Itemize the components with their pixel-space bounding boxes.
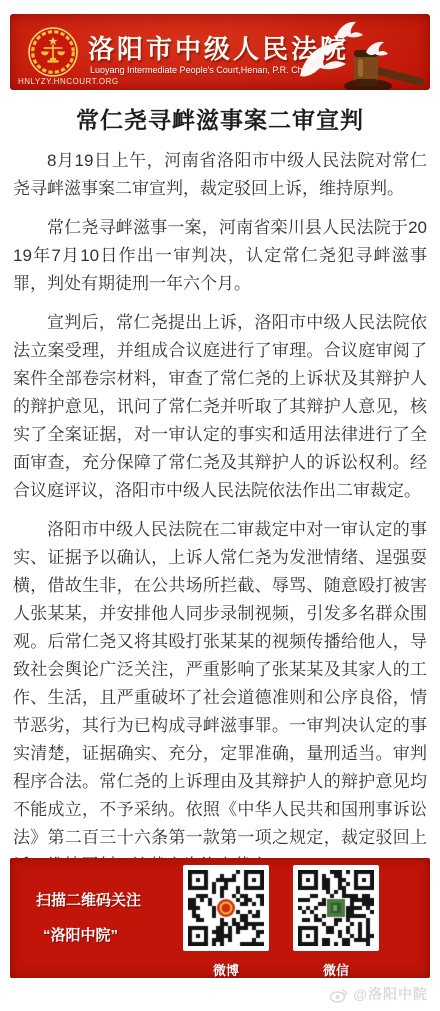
weibo-qr-block: 微博 <box>183 865 269 979</box>
scan-prompt-line2: “洛阳中院” <box>36 924 141 945</box>
paragraph-2: 常仁尧寻衅滋事一案，河南省栾川县人民法院于2019年7月10日作出一审判决，认定… <box>13 214 427 298</box>
wechat-qr-canvas <box>298 870 374 946</box>
watermark-text: @洛阳中院 <box>353 984 428 1004</box>
court-website-url: HNLYZY.HNCOURT.ORG <box>18 77 119 86</box>
weibo-label: 微博 <box>183 960 269 979</box>
paragraph-1: 8月19日上午，河南省洛阳市中级人民法院对常仁尧寻衅滋事案二审宣判，裁定驳回上诉… <box>13 147 427 203</box>
weibo-logo-icon <box>329 986 349 1003</box>
dove-icon <box>336 22 363 38</box>
article-body: 常仁尧寻衅滋事案二审宣判 8月19日上午，河南省洛阳市中级人民法院对常仁尧寻衅滋… <box>0 96 440 891</box>
weibo-qr-canvas <box>188 870 264 946</box>
paragraph-3: 宣判后，常仁尧提出上诉，洛阳市中级人民法院依法立案受理，并组成合议庭进行了审理。… <box>13 309 427 505</box>
scan-prompt: 扫描二维码关注 “洛阳中院” <box>36 889 141 945</box>
wechat-qr-block: 微信 <box>293 865 379 979</box>
wechat-label: 微信 <box>293 960 379 979</box>
scan-prompt-line1: 扫描二维码关注 <box>36 889 141 910</box>
gavel-icon <box>344 50 424 90</box>
doves-and-gavel-decoration <box>270 14 430 90</box>
dove-icon <box>366 42 388 56</box>
weibo-watermark: @洛阳中院 <box>329 984 428 1004</box>
dove-icon <box>300 41 346 76</box>
paragraph-4: 洛阳市中级人民法院在二审裁定中对一审认定的事实、证据予以确认，上诉人常仁尧为发泄… <box>13 516 427 880</box>
wechat-qr-code-image <box>293 865 379 951</box>
article-title: 常仁尧寻衅滋事案二审宣判 <box>13 104 427 136</box>
footer-banner: 扫描二维码关注 “洛阳中院” 微博 微信 <box>10 858 430 978</box>
weibo-qr-code-image <box>183 865 269 951</box>
court-header-banner: 洛阳市中级人民法院 Luoyang Intermediate People's … <box>10 14 430 90</box>
court-emblem-icon <box>28 27 78 77</box>
